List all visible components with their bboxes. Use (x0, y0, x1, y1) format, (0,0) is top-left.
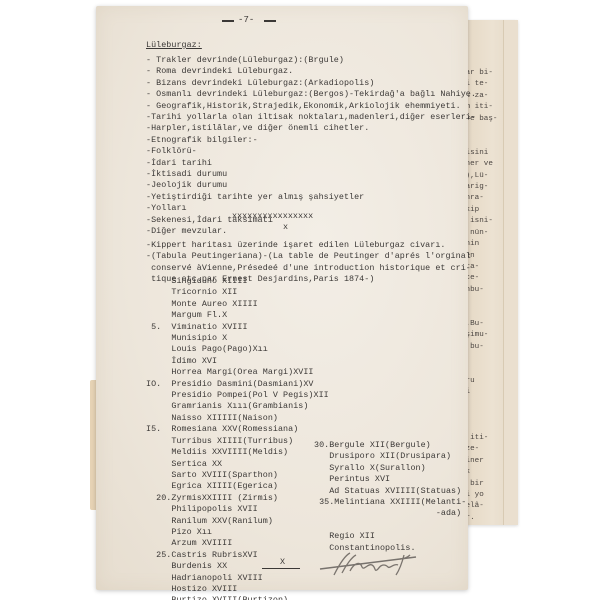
station-line: 20.ZyrmisXXIIII (Zirmis) (146, 493, 329, 504)
station-line: 35.Melintiana XXIIII(Melanti- (314, 497, 466, 508)
station-list-column-1: Singiduno XIIII Tricornio XII Monte Aure… (146, 276, 329, 600)
station-line: Presidio Pompei(Pol V Pegis)XII (146, 390, 329, 401)
topic-line: - Geografik,Historik,Strajedik,Ekonomik,… (146, 101, 476, 112)
topic-line: -Tarihi yollarla olan iltisak noktaları,… (146, 112, 476, 123)
station-line: Margum Fl.X (146, 310, 329, 321)
station-line: Singiduno XIIII (146, 276, 329, 287)
station-line: Turribus XIIII(Turribus) (146, 436, 329, 447)
station-line: Syrallo X(Surallon) (314, 463, 466, 474)
station-line: Philipopolis XVII (146, 504, 329, 515)
station-line: Arzum XVIIII (146, 538, 329, 549)
topic-line: -Jeolojik durumu (146, 180, 476, 191)
topic-line: -Yetiştirdiği tarihte yer almış şahsiyet… (146, 192, 476, 203)
station-line: Sertica XX (146, 459, 329, 470)
topic-line: -Harpler,istilâlar,ve diğer önemli cihet… (146, 123, 476, 134)
separator-mark: x (283, 222, 288, 233)
station-line: 30.Bergule XII(Bergule) (314, 440, 466, 451)
topic-line: -Folklörü- (146, 146, 476, 157)
station-line: Sarto XVIII(Sparthon) (146, 470, 329, 481)
station-list-column-2: 30.Bergule XII(Bergule) Drusiporo XII(Dr… (314, 440, 466, 554)
station-line: -ada) (314, 508, 466, 519)
station-line: Egrica XIIII(Egerica) (146, 481, 329, 492)
topic-line: -Diğer mevzular. (146, 226, 476, 237)
station-line: Burdenis XX (146, 561, 329, 572)
station-line: Louis Pago(Pago)Xıı (146, 344, 329, 355)
station-line: IO. Presidio Dasmini(Dasmiani)XV (146, 379, 329, 390)
station-line: 5. Viminatio XVIII (146, 322, 329, 333)
document-heading: Lüleburgaz: (146, 40, 202, 51)
station-line: 25.Castris RubrisXVI (146, 550, 329, 561)
reference-line: conservé àVienne,Présedeé d'une introduc… (146, 263, 471, 274)
station-line: Tricornio XII (146, 287, 329, 298)
signature-icon (316, 545, 426, 585)
page-number-dash-right (264, 20, 276, 22)
station-line: Ranilum XXV(Ranilum) (146, 516, 329, 527)
station-line: I5. Romesiana XXV(Romessiana) (146, 424, 329, 435)
topic-line: - Osmanlı devrindeki Lüleburgaz:(Bergos)… (146, 89, 476, 100)
station-line: Horrea Margi(Orea Margi)XVII (146, 367, 329, 378)
station-line: Ad Statuas XVIIII(Statuas) (314, 486, 466, 497)
station-line: Meldiis XXVIIII(Meldis) (146, 447, 329, 458)
topic-line: - Bizans devrindeki Lüleburgaz:(Arkadiop… (146, 78, 476, 89)
topic-line: - Roma devrindeki Lüleburgaz. (146, 66, 476, 77)
station-line: Regio XII (314, 531, 466, 542)
station-line: Perintus XVI (314, 474, 466, 485)
station-line: İdimo XVI (146, 356, 329, 367)
station-line: Munisipio X (146, 333, 329, 344)
topic-line: -İktisadi durumu (146, 169, 476, 180)
reference-line: -Kippert haritası üzerinde işaret edilen… (146, 240, 471, 251)
topic-line: -İdari tarihi (146, 158, 476, 169)
station-line: Monte Aureo XIIII (146, 299, 329, 310)
station-line: Burtizo XVIII(Burtizon) (146, 595, 329, 600)
reference-line: -(Tabula Peutingeriana)-(La table de Peu… (146, 251, 471, 262)
separator-line: xxxxxxxxxxxxxxxx (232, 211, 313, 222)
station-line (314, 520, 466, 531)
station-line: Drusiporo XII(Drusipara) (314, 451, 466, 462)
page-number: -7- (238, 15, 254, 26)
topic-line: - Trakler devrinde(Lüleburgaz):(Brgule) (146, 55, 476, 66)
underlying-page-edge (503, 20, 518, 525)
topic-line: -Etnografik bilgiler:- (146, 135, 476, 146)
closing-underline (262, 568, 300, 569)
station-line: Hostizo XVIII (146, 584, 329, 595)
closing-mark: X (280, 557, 285, 568)
page-number-dash-left (222, 20, 234, 22)
station-line: Pizo Xıı (146, 527, 329, 538)
station-line: Naisso XIIIII(Naison) (146, 413, 329, 424)
station-line: Gramrianis Xııı(Grambianis) (146, 401, 329, 412)
station-line: Hadrianopoli XVIII (146, 573, 329, 584)
